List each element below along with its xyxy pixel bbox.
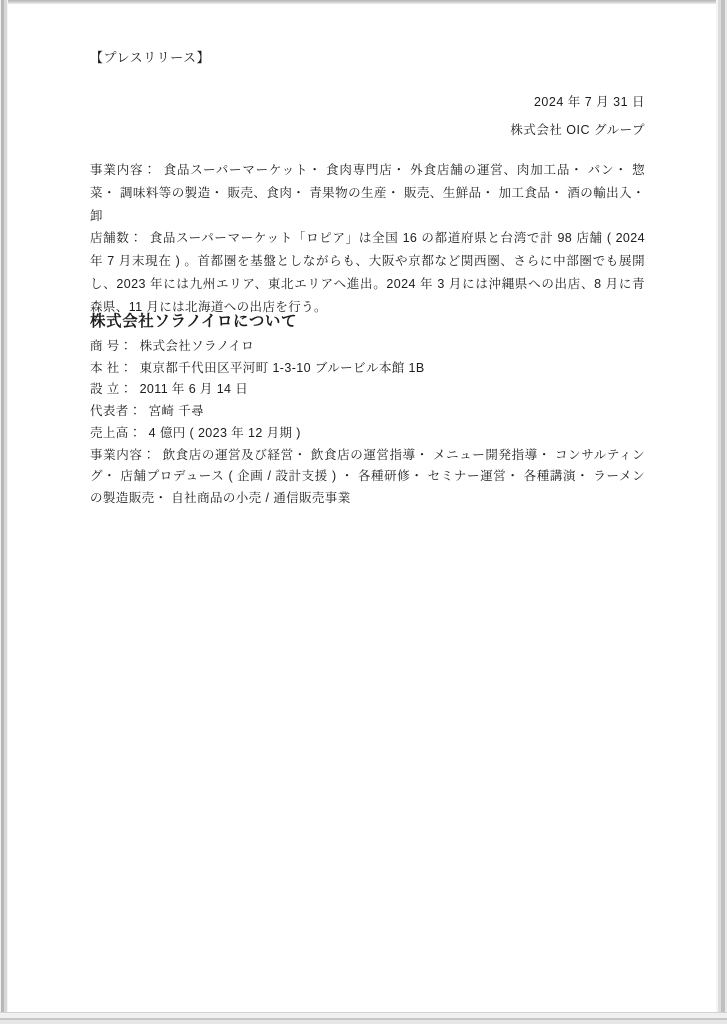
profile-row-revenue: 売上高：4 億円 ( 2023 年 12 月期 ) (90, 423, 645, 445)
row-value: 4 億円 ( 2023 年 12 月期 ) (149, 426, 301, 440)
row-value: 東京都千代田区平河町 1-3-10 ブルービル本館 1B (140, 361, 425, 375)
company-profile-list: 商 号：株式会社ソラノイロ 本 社：東京都千代田区平河町 1-3-10 ブルービ… (90, 336, 645, 510)
row-label: 設 立： (90, 382, 133, 396)
profile-row-trade-name: 商 号：株式会社ソラノイロ (90, 336, 645, 358)
row-label: 事業内容： (90, 448, 156, 462)
row-value: 株式会社ソラノイロ (140, 339, 255, 353)
page-edge-bottom (0, 1012, 727, 1024)
page-edge-left (0, 0, 8, 1012)
row-label: 本 社： (90, 361, 133, 375)
company-overview: 事業内容：食品スーパーマーケット・ 食肉専門店・ 外食店舗の運営、肉加工品・ パ… (90, 159, 645, 319)
row-label: 売上高： (90, 426, 142, 440)
byline-block: 2024 年 7 月 31 日 株式会社 OIC グループ (90, 89, 645, 144)
press-release-tag: 【プレスリリース】 (90, 49, 210, 67)
release-date: 2024 年 7 月 31 日 (90, 89, 645, 117)
page-edge-top (0, 0, 727, 4)
profile-row-head-office: 本 社：東京都千代田区平河町 1-3-10 ブルービル本館 1B (90, 358, 645, 380)
profile-row-business: 事業内容：飲食店の運営及び経営・ 飲食店の運営指導・ メニュー開発指導・ コンサ… (90, 445, 645, 510)
overview-paragraph-stores: 店舗数：食品スーパーマーケット「ロピア」は全国 16 の都道府県と台湾で計 98… (90, 227, 645, 318)
overview-text: 食品スーパーマーケット・ 食肉専門店・ 外食店舗の運営、肉加工品・ パン・ 惣菜… (90, 163, 645, 223)
profile-row-representative: 代表者：宮崎 千尋 (90, 401, 645, 423)
overview-paragraph-business: 事業内容：食品スーパーマーケット・ 食肉専門店・ 外食店舗の運営、肉加工品・ パ… (90, 159, 645, 227)
row-value: 飲食店の運営及び経営・ 飲食店の運営指導・ メニュー開発指導・ コンサルティング… (90, 448, 645, 505)
profile-row-established: 設 立：2011 年 6 月 14 日 (90, 379, 645, 401)
page-edge-right (716, 0, 727, 1012)
row-label: 商 号： (90, 339, 133, 353)
issuer-name: 株式会社 OIC グループ (90, 117, 645, 145)
about-section-heading: 株式会社ソラノイロについて (90, 311, 297, 332)
document-page: 【プレスリリース】 2024 年 7 月 31 日 株式会社 OIC グループ … (0, 0, 727, 1024)
row-value: 宮崎 千尋 (149, 404, 204, 418)
row-label: 代表者： (90, 404, 142, 418)
press-release-body: 【プレスリリース】 2024 年 7 月 31 日 株式会社 OIC グループ … (90, 0, 645, 1012)
row-value: 2011 年 6 月 14 日 (140, 382, 249, 396)
overview-label: 事業内容： (90, 163, 157, 177)
overview-label: 店舗数： (90, 231, 143, 245)
overview-text: 食品スーパーマーケット「ロピア」は全国 16 の都道府県と台湾で計 98 店舗 … (90, 231, 645, 313)
